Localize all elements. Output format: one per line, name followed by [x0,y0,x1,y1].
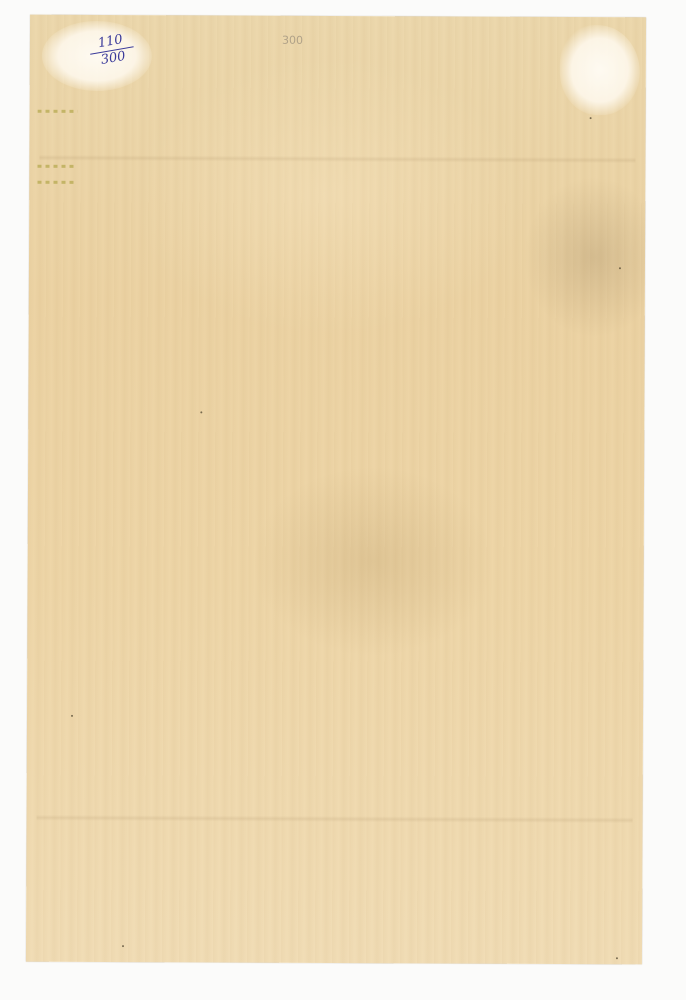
speckle [122,945,124,947]
speckle [619,267,621,269]
abrasion-top-right [560,25,640,115]
speckle [71,715,73,717]
horizontal-crease-top [39,155,635,164]
paper-sheet: 110 300 300 [26,15,646,965]
pencil-mark: 300 [282,34,303,47]
horizontal-crease-bottom [37,815,633,824]
speckle [200,411,202,413]
speckle [590,117,592,119]
yellow-residue-mark [37,165,77,168]
yellow-residue-mark [38,110,78,113]
yellow-residue-mark [37,181,77,184]
speckle [616,957,618,959]
